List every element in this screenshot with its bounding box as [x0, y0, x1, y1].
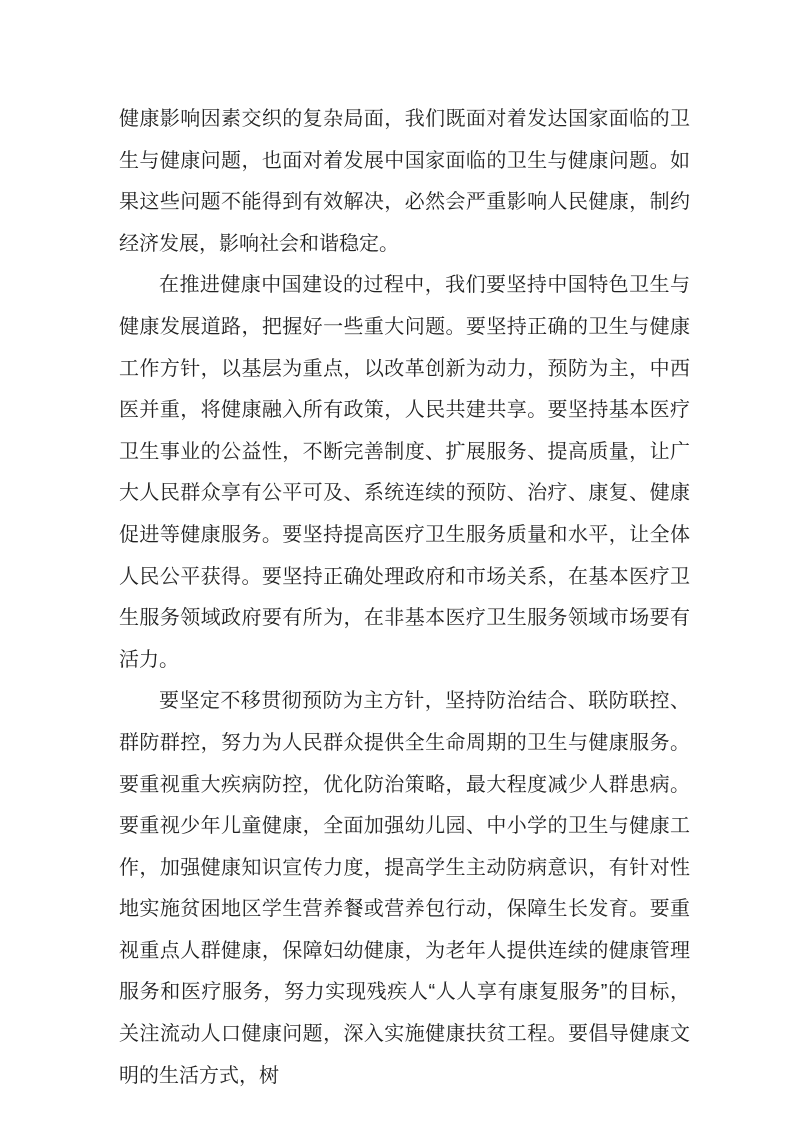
paragraph: 健康影响因素交织的复杂局面，我们既面对着发达国家面临的卫生与健康问题，也面对着发… [119, 99, 690, 265]
paragraph: 要坚定不移贯彻预防为主方针，坚持防治结合、联防联控、群防群控，努力为人民群众提供… [119, 681, 690, 1097]
document-page: 健康影响因素交织的复杂局面，我们既面对着发达国家面临的卫生与健康问题，也面对着发… [0, 0, 800, 1130]
paragraph: 在推进健康中国建设的过程中，我们要坚持中国特色卫生与健康发展道路，把握好一些重大… [119, 265, 690, 681]
document-body: 健康影响因素交织的复杂局面，我们既面对着发达国家面临的卫生与健康问题，也面对着发… [119, 99, 690, 1097]
